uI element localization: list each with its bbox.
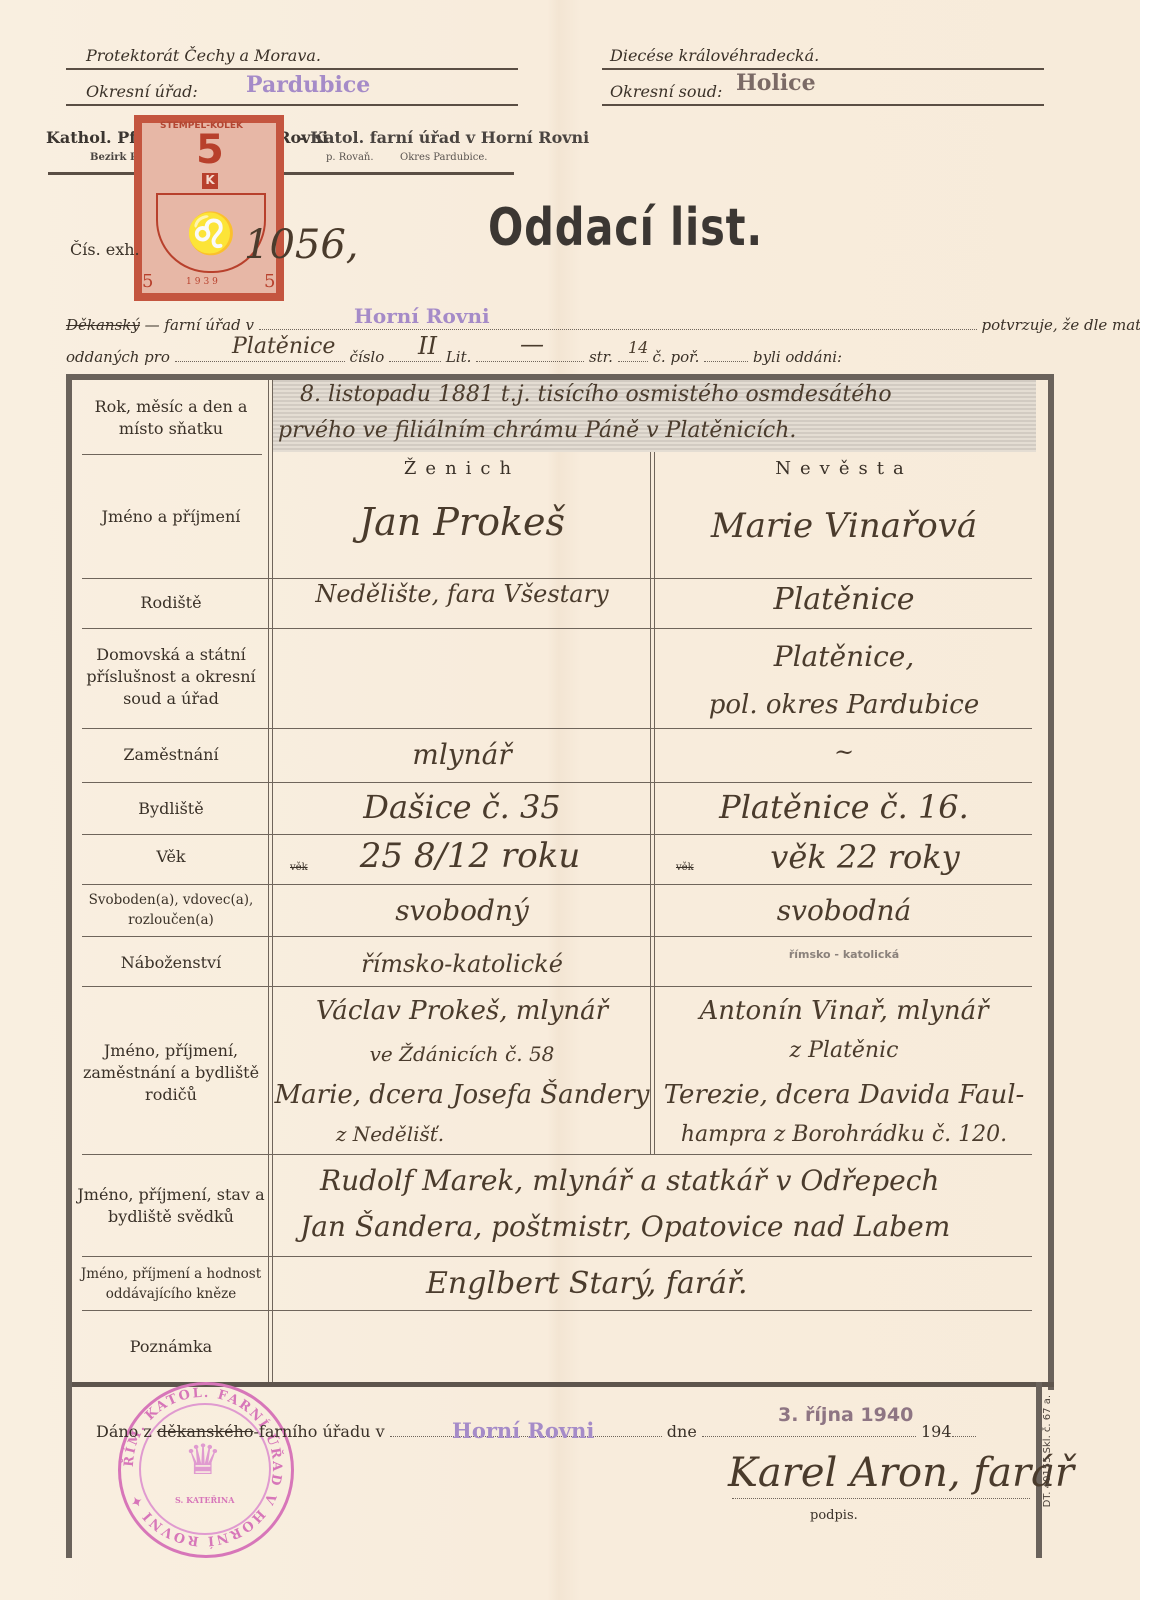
year-prefix: 194 <box>921 1422 952 1441</box>
issued-struck-deanery: děkanského <box>157 1422 254 1441</box>
intro-office-label: — farní úřad v <box>145 316 254 334</box>
label-domicile: Domovská a státní příslušnost a okresní … <box>72 644 270 710</box>
groom-parents-line-2: ve Ždánicích č. 58 <box>274 1042 650 1066</box>
bride-age: věk 22 roky <box>700 838 1030 876</box>
document-page: Protektorát Čechy a Morava. Okresní úřad… <box>0 0 1140 1600</box>
district-court-label: Okresní soud: <box>610 82 722 101</box>
label-parents: Jméno, příjmení, zaměstnání a bydliště r… <box>72 1040 270 1106</box>
row-rule <box>82 884 1032 885</box>
header-rule <box>66 104 518 106</box>
bride-parents-line-2: z Platěnic <box>656 1038 1032 1063</box>
intro-lit-value: — <box>520 330 544 358</box>
parish-stamp-czech: - Katol. farní úřad v Horní Rovni <box>298 128 589 147</box>
label-column-divider <box>268 380 273 1384</box>
intro-dotted-line <box>389 361 441 362</box>
issued-office-label: -farního úřadu v <box>253 1422 384 1441</box>
madonna-icon: ♛ <box>184 1435 222 1484</box>
intro-parish-stamp: Horní Rovni <box>354 304 490 328</box>
groom-birthplace: Nedělište, fara Všestary <box>274 580 650 608</box>
district-court-stamp: Holice <box>736 70 816 96</box>
revenue-stamp-value: 5 <box>196 127 224 173</box>
bride-residence: Platěnice č. 16. <box>656 788 1032 826</box>
intro-struck-deanery: Děkanský <box>66 316 140 334</box>
intro-were-married: byli oddáni: <box>753 348 842 366</box>
revenue-stamp-corner-right: 5 <box>264 271 275 292</box>
bride-marital-status: svobodná <box>656 894 1032 927</box>
header-protectorate: Protektorát Čechy a Morava. <box>86 46 321 65</box>
header-rule <box>602 68 1044 70</box>
label-birthplace: Rodiště <box>72 592 270 614</box>
seal-inner-text: S. KATEŘINA <box>175 1495 234 1505</box>
parish-stamp-post: p. Rovaň. <box>326 152 374 163</box>
label-note: Poznámka <box>72 1336 270 1358</box>
exhibit-label: Čís. exh. <box>70 240 140 259</box>
intro-number-label: číslo <box>350 348 385 366</box>
label-name: Jméno a příjmení <box>72 506 270 528</box>
bride-parents-line-3: Terezie, dcera Davida Faul- <box>656 1080 1032 1110</box>
date-dotted-line <box>702 1436 916 1437</box>
groom-occupation: mlynář <box>274 738 650 771</box>
intro-dotted-line <box>259 329 977 330</box>
row-rule <box>82 578 1032 579</box>
bride-domicile-line-2: pol. okres Pardubice <box>656 690 1032 720</box>
frame-left <box>66 1382 72 1558</box>
row-rule <box>82 834 1032 835</box>
bride-domicile-line-1: Platěnice, <box>656 640 1032 673</box>
signature-label: podpis. <box>810 1508 858 1523</box>
groom-bride-divider <box>650 452 655 1154</box>
row-rule <box>82 628 1032 629</box>
row-rule <box>82 1310 1032 1311</box>
print-code: DT. 40155 Skl. č. 67 a. <box>1042 1395 1053 1507</box>
witness-1: Rudolf Marek, mlynář a statkář v Odřepec… <box>320 1164 939 1197</box>
exhibit-number: 1056, <box>244 222 359 268</box>
header-rule <box>66 68 518 70</box>
revenue-stamp-currency: K <box>202 173 218 189</box>
issued-date-stamp: 3. října 1940 <box>778 1404 913 1426</box>
intro-dotted-line <box>476 361 584 362</box>
svg-text:♌: ♌ <box>186 210 236 257</box>
row-rule <box>82 782 1032 783</box>
marriage-date-line-1: 8. listopadu 1881 t.j. tisícího osmistéh… <box>300 382 892 407</box>
bride-parents-line-1: Antonín Vinař, mlynář <box>656 996 1032 1026</box>
date-label: dne <box>667 1422 697 1441</box>
bride-age-struck: věk <box>676 862 694 873</box>
issued-place-stamp: Horní Rovni <box>452 1418 594 1443</box>
year-dotted-line <box>952 1436 976 1437</box>
marriage-date-line-2: prvého ve filiálním chrámu Páně v Platěn… <box>278 418 796 443</box>
row-rule <box>82 1154 1032 1155</box>
scan-margin <box>1140 0 1163 1600</box>
intro-page-value: 14 <box>628 338 648 357</box>
row-rule <box>82 454 262 455</box>
parish-stamp-district-cz: Okres Pardubice. <box>400 152 487 163</box>
intro-number-value: II <box>418 332 437 360</box>
column-bride: Nevěsta <box>656 458 1032 479</box>
groom-parents-line-1: Václav Prokeš, mlynář <box>274 996 650 1026</box>
header-diocese: Diecése královéhradecká. <box>610 46 819 65</box>
bride-name: Marie Vinařová <box>656 506 1032 546</box>
groom-religion: římsko-katolické <box>274 950 650 978</box>
groom-parents-line-4: z Nedělišť. <box>290 1122 490 1146</box>
intro-dotted-line <box>618 361 648 362</box>
revenue-stamp-corner-left: 5 <box>142 271 153 292</box>
parish-seal: ŘÍM. KATOL. FARNÍ ÚŘAD V HORNÍ ROVNI ✦ ♛… <box>118 1382 294 1558</box>
label-age: Věk <box>72 846 270 868</box>
groom-parents-line-3: Marie, dcera Josefa Šandery <box>274 1080 650 1110</box>
revenue-stamp: STEMPEL-KOLEK 5 K ♌ 5 1939 5 <box>134 115 284 301</box>
intro-dotted-line <box>175 361 345 362</box>
revenue-stamp-year: 1939 <box>186 277 221 287</box>
label-occupation: Zaměstnání <box>72 744 270 766</box>
label-marital-status: Svoboden(a), vdovec(a), rozloučen(a) <box>72 890 270 930</box>
witness-2: Jan Šandera, poštmistr, Opatovice nad La… <box>300 1210 950 1243</box>
intro-confirms: potvrzuje, že dle matriky <box>981 316 1163 334</box>
intro-line-2: oddaných pro číslo Lit. str. č. poř. byl… <box>66 348 842 366</box>
row-rule <box>82 936 1032 937</box>
header-rule <box>602 104 1044 106</box>
intro-village: Platěnice <box>232 334 335 359</box>
row-rule <box>82 1256 1032 1257</box>
document-title: Oddací list. <box>488 198 763 258</box>
issued-prefix: Dáno z <box>96 1422 152 1441</box>
intro-page-label: str. <box>589 348 613 366</box>
label-religion: Náboženství <box>72 952 270 974</box>
row-rule <box>82 986 1032 987</box>
column-groom: Ženich <box>274 458 650 479</box>
label-officiant: Jméno, příjmení a hodnost oddávajícího k… <box>72 1264 270 1304</box>
label-witnesses: Jméno, příjmení, stav a bydliště svědků <box>72 1184 270 1228</box>
intro-dotted-line <box>704 361 748 362</box>
groom-marital-status: svobodný <box>274 894 650 927</box>
district-office-stamp: Pardubice <box>246 72 370 98</box>
intro-lit-label: Lit. <box>446 348 472 366</box>
bride-parents-line-4: hampra z Borohrádku č. 120. <box>656 1122 1032 1147</box>
signature: Karel Aron, farář <box>728 1450 1074 1496</box>
groom-name: Jan Prokeš <box>274 500 650 544</box>
bride-religion-stamp: římsko - katolická <box>656 948 1032 961</box>
note-value <box>274 1316 1030 1376</box>
signature-line <box>732 1498 1030 1499</box>
row-rule <box>82 728 1032 729</box>
intro-line-1: Děkanský — farní úřad v potvrzuje, že dl… <box>66 316 1163 334</box>
officiant-name: Englbert Starý, farář. <box>426 1266 748 1301</box>
bride-occupation: ~ <box>656 738 1032 766</box>
intro-seq-label: č. poř. <box>653 348 700 366</box>
groom-residence: Dašice č. 35 <box>274 788 650 826</box>
intro-for-label: oddaných pro <box>66 348 170 366</box>
groom-age: 25 8/12 roku <box>290 836 650 876</box>
bride-birthplace: Platěnice <box>656 582 1032 617</box>
label-marriage-date: Rok, měsíc a den a místo sňatku <box>72 396 270 440</box>
label-residence: Bydliště <box>72 798 270 820</box>
district-office-label: Okresní úřad: <box>86 82 198 101</box>
